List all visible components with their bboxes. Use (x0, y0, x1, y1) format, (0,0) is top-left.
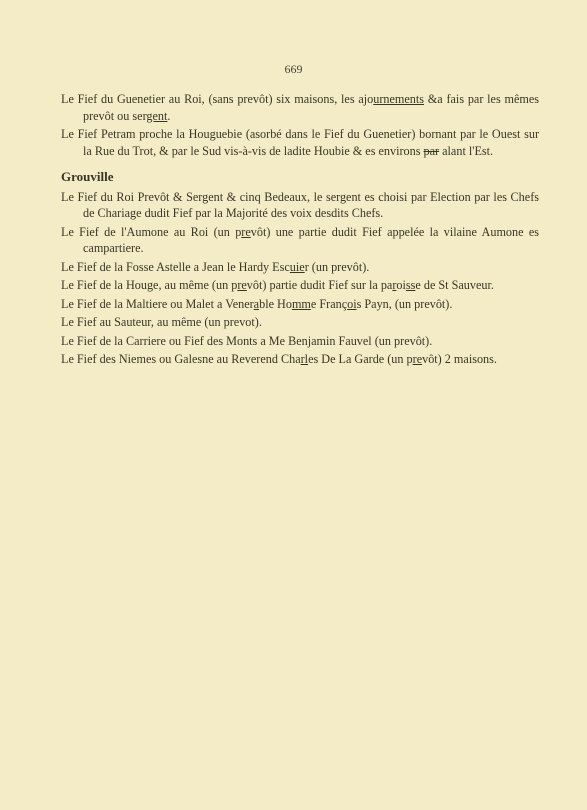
entry-text: Le Fief du Roi Prevôt & Sergent & cinq B… (61, 190, 539, 221)
entry-text: oi (396, 278, 405, 292)
struck-text: par (424, 144, 440, 158)
entry-text: Le Fief de l'Aumone au Roi (un p (61, 225, 241, 239)
underlined-text: mm (292, 297, 311, 311)
entry-text: r (un prevôt). (305, 260, 370, 274)
entry-fief-du-guenetier: Le Fief du Guenetier au Roi, (sans prevô… (61, 91, 539, 124)
entry-text: es De La Garde (un p (308, 352, 413, 366)
underlined-text: re (241, 225, 250, 239)
entry-text: e Franç (311, 297, 347, 311)
underlined-text: urnements (373, 92, 424, 106)
underlined-text: re (237, 278, 246, 292)
entry-fief-houge: Le Fief de la Houge, au même (un prevôt)… (61, 277, 539, 294)
entry-text: Le Fief de la Carriere ou Fief des Monts… (61, 334, 432, 348)
section-heading: Grouville (61, 169, 539, 186)
entry-text: ble Ho (259, 297, 292, 311)
underlined-text: uie (290, 260, 305, 274)
underlined-text: oi (347, 297, 356, 311)
entry-fief-maltiere: Le Fief de la Maltiere ou Malet a Venera… (61, 296, 539, 313)
entry-text: Le Fief de la Maltiere ou Malet a Vener (61, 297, 254, 311)
entry-fief-aumone: Le Fief de l'Aumone au Roi (un prevôt) u… (61, 224, 539, 257)
entry-text: vôt) 2 maisons. (422, 352, 497, 366)
entry-fief-petram: Le Fief Petram proche la Houguebie (asor… (61, 126, 539, 159)
entry-text: alant l'Est. (439, 144, 493, 158)
entry-fief-niemes: Le Fief des Niemes ou Galesne au Reveren… (61, 351, 539, 368)
entry-fief-du-roi: Le Fief du Roi Prevôt & Sergent & cinq B… (61, 189, 539, 222)
underlined-text: gent (146, 109, 167, 123)
underlined-text: rl (301, 352, 308, 366)
entry-fief-fosse-astelle: Le Fief de la Fosse Astelle a Jean le Ha… (61, 259, 539, 276)
entry-fief-carriere: Le Fief de la Carriere ou Fief des Monts… (61, 333, 539, 350)
entry-text: e de St Sauveur. (415, 278, 494, 292)
entry-text: Le Fief au Sauteur, au même (un prevot). (61, 315, 262, 329)
entry-text: s Payn, (un prevôt). (357, 297, 453, 311)
entry-text: Le Fief du Guenetier au Roi, (sans prevô… (61, 92, 373, 106)
document-body: Le Fief du Guenetier au Roi, (sans prevô… (61, 91, 539, 370)
entry-text: Le Fief de la Fosse Astelle a Jean le Ha… (61, 260, 290, 274)
page-number: 669 (0, 62, 587, 77)
entry-text: . (167, 109, 170, 123)
entry-text: vôt) partie dudit Fief sur la pa (247, 278, 393, 292)
entry-fief-sauteur: Le Fief au Sauteur, au même (un prevot). (61, 314, 539, 331)
underlined-text: ss (406, 278, 416, 292)
entry-text: Le Fief des Niemes ou Galesne au Reveren… (61, 352, 301, 366)
underlined-text: re (413, 352, 422, 366)
entry-text: Le Fief de la Houge, au même (un p (61, 278, 237, 292)
